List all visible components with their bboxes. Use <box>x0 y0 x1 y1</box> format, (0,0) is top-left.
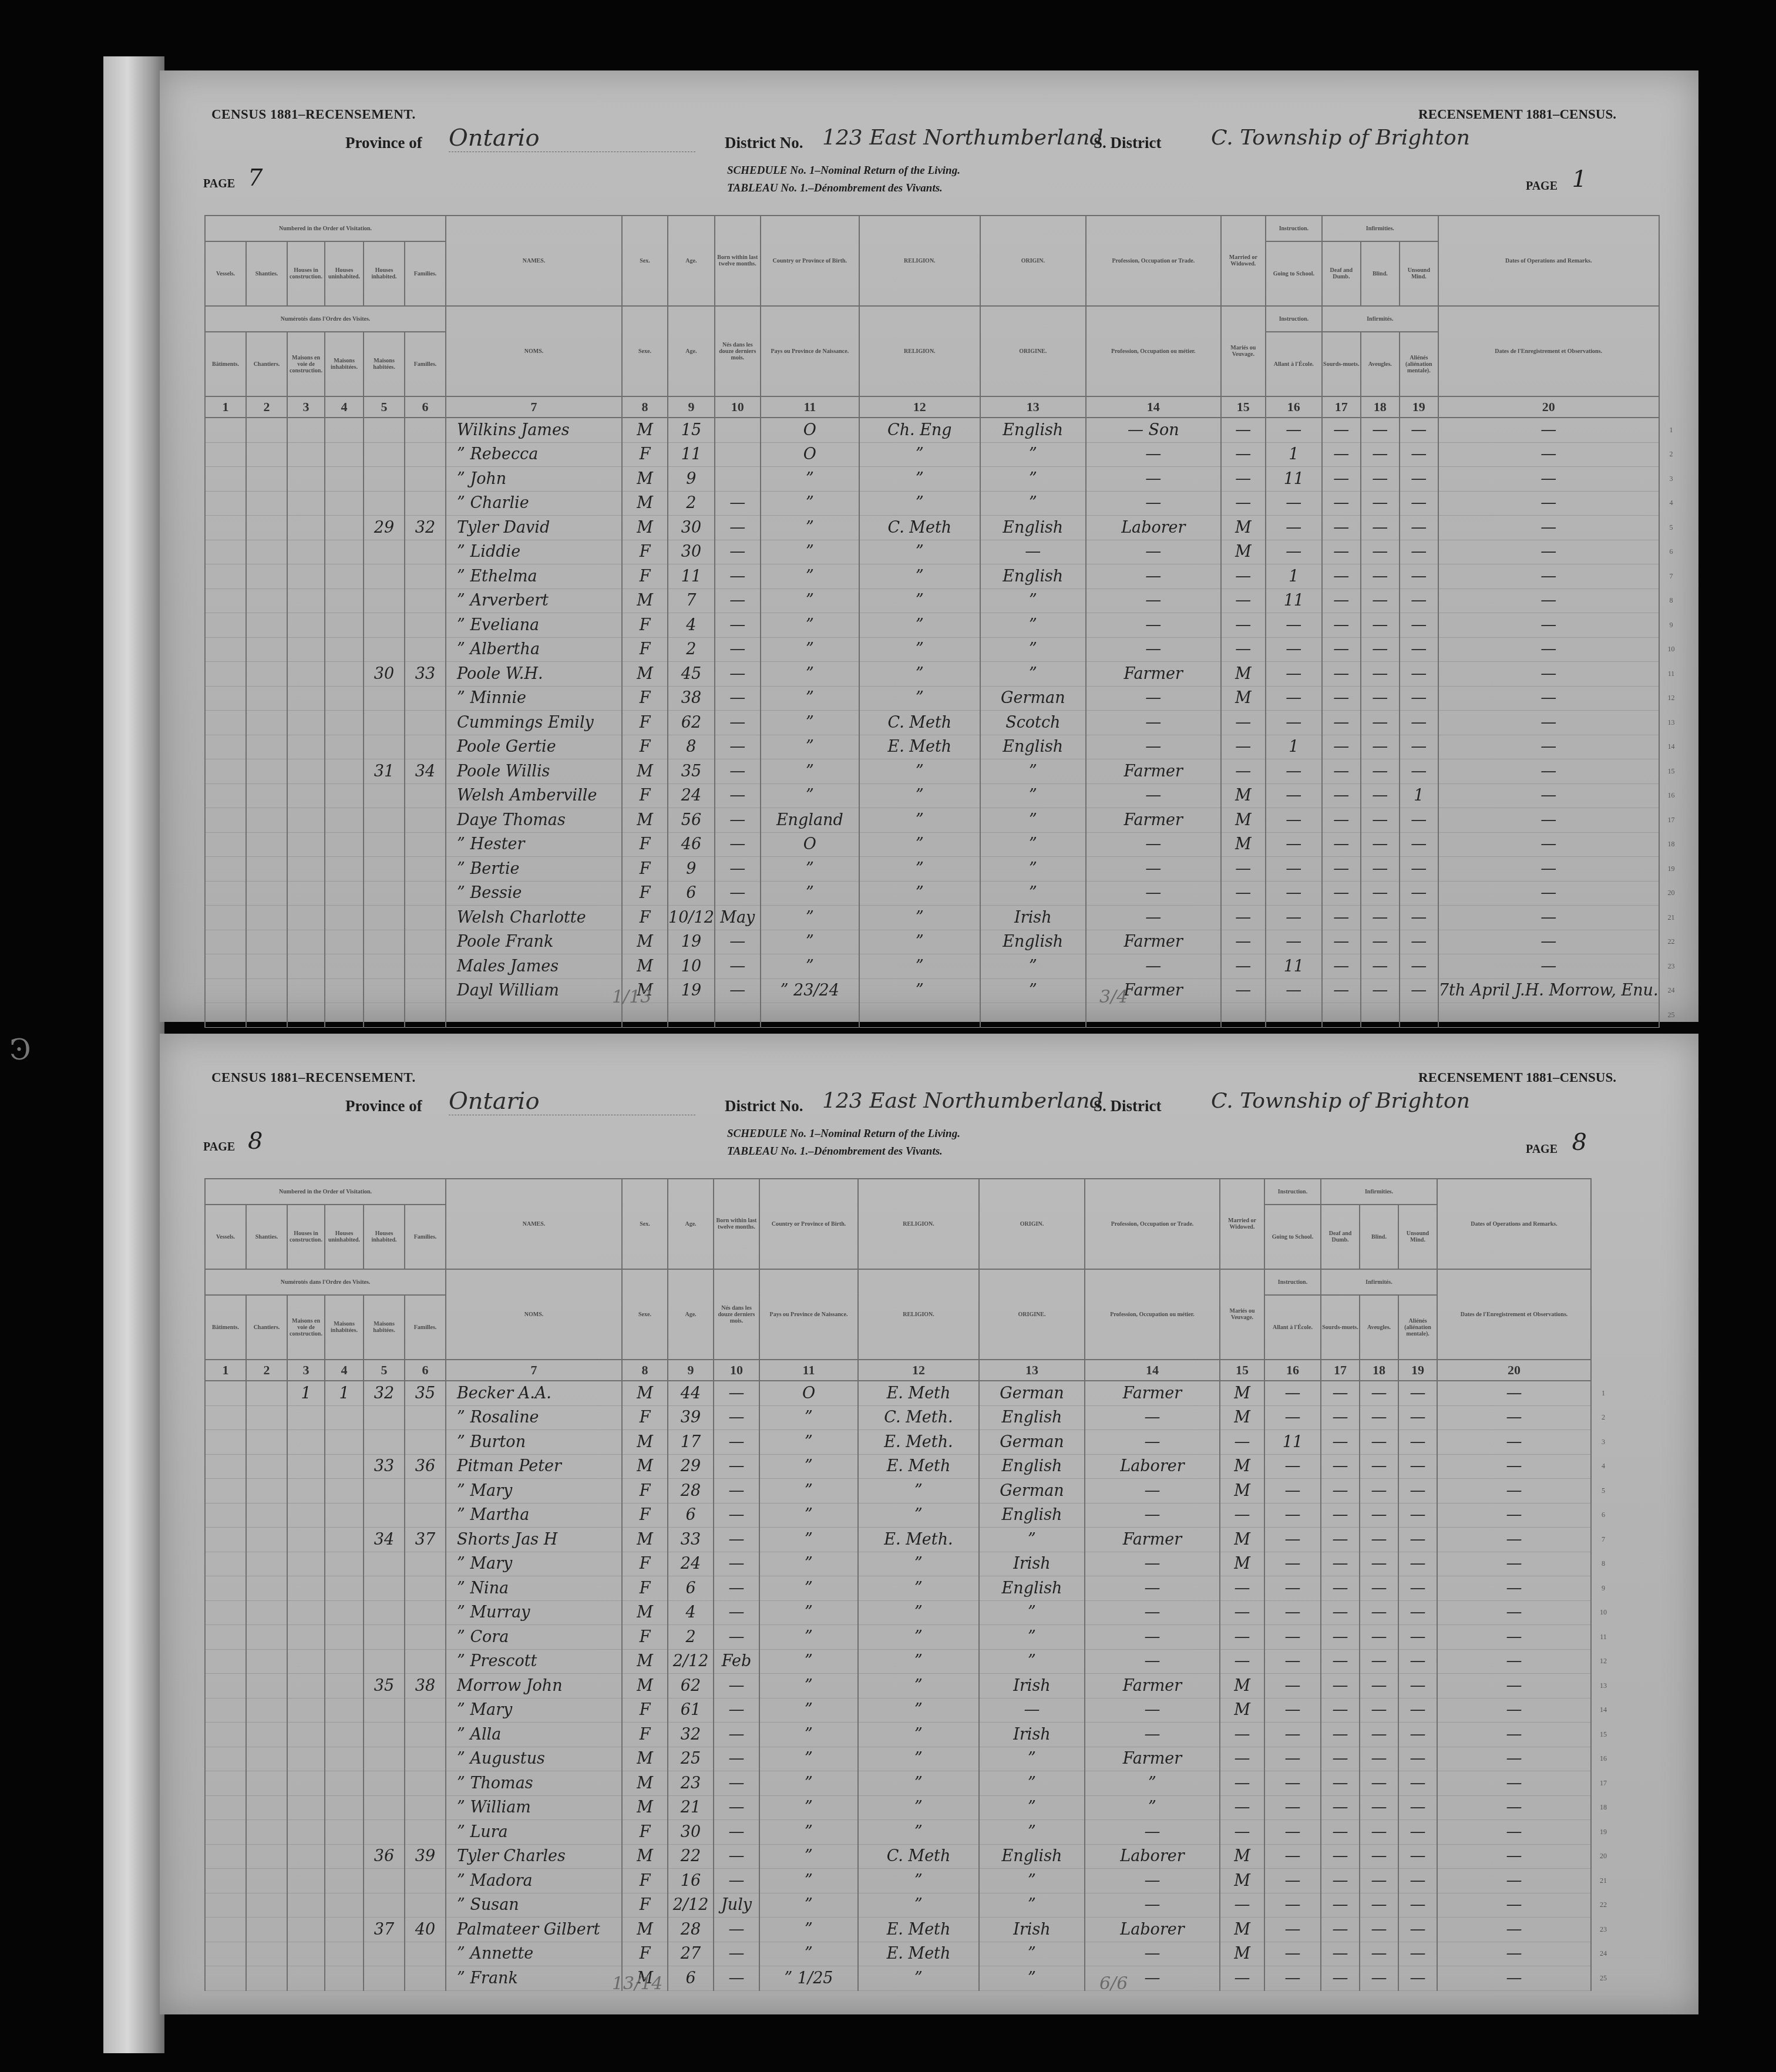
cell-families <box>405 1795 446 1820</box>
cell-school: 1 <box>1266 442 1322 467</box>
line-number: 17 <box>1659 808 1683 833</box>
province-value: Ontario <box>449 125 695 152</box>
cell-religion: ” <box>859 881 980 906</box>
cell-school: — <box>1264 1600 1321 1625</box>
cell-origin: ” <box>980 662 1086 687</box>
cell-unsound: — <box>1398 1942 1437 1966</box>
line-number: 1 <box>1659 418 1683 442</box>
cell-vessels <box>205 1552 246 1576</box>
header-occupation: Profession, Occupation or Trade. <box>1086 216 1221 306</box>
cell-occupation: — <box>1085 1893 1220 1918</box>
cell-born-month: — <box>714 1552 759 1576</box>
cell-families <box>405 881 446 906</box>
column-number: 11 <box>761 396 859 418</box>
cell-houses-inhabited: 37 <box>364 1918 405 1942</box>
cell-unsound: — <box>1400 808 1438 833</box>
cell-born-month: Feb <box>714 1649 759 1674</box>
cell-born-month: — <box>715 954 761 979</box>
line-number: 7 <box>1659 564 1683 589</box>
cell-houses-construction <box>287 1723 325 1747</box>
cell-houses-inhabited <box>364 930 405 954</box>
cell-families <box>405 491 446 516</box>
cell-houses-inhabited <box>364 686 405 711</box>
tally-note: 3/4 <box>1099 987 1128 1007</box>
cell-born-month: — <box>714 1723 759 1747</box>
cell-born-month: — <box>714 1698 759 1723</box>
cell-houses-uninhabited <box>325 808 364 833</box>
column-number: 19 <box>1400 396 1438 418</box>
cell-school: 1 <box>1266 735 1322 759</box>
cell-houses-uninhabited <box>325 930 364 954</box>
cell-sex: F <box>622 1405 668 1430</box>
cell-families: 34 <box>405 759 446 784</box>
cell-remarks: 7th April J.H. Morrow, Enu. <box>1438 978 1659 1003</box>
cell-age: 28 <box>668 1918 714 1942</box>
cell-families <box>405 442 446 467</box>
cell-religion: ” <box>859 686 980 711</box>
line-number: 25 <box>1659 1003 1683 1028</box>
cell-origin: English <box>980 735 1086 759</box>
cell-married: M <box>1220 1454 1264 1479</box>
cell-unsound: — <box>1398 1405 1437 1430</box>
header-infirmites: Infirmités. <box>1321 1269 1437 1295</box>
cell-birthplace: ” <box>761 564 859 589</box>
cell-shanties <box>246 906 287 930</box>
header-familles: Familles. <box>405 332 446 396</box>
cell-religion: ” <box>859 832 980 857</box>
cell-houses-construction <box>287 1552 325 1576</box>
header-profession: Profession, Occupation ou métier. <box>1086 306 1221 396</box>
cell-religion: ” <box>858 1893 979 1918</box>
column-number: 12 <box>859 396 980 418</box>
cell-houses-construction <box>287 491 325 516</box>
cell-origin: Scotch <box>980 711 1086 735</box>
line-number: 1 <box>1591 1381 1615 1405</box>
table-row: ” LuraF30—”””———————19 <box>205 1820 1615 1845</box>
cell-occupation: Farmer <box>1086 930 1221 954</box>
cell-houses-inhabited <box>364 1600 405 1625</box>
cell-blind: — <box>1361 735 1400 759</box>
cell-vessels <box>205 588 246 613</box>
cell-married: M <box>1220 1869 1264 1893</box>
cell-blind: — <box>1360 1820 1398 1845</box>
cell-born-month: — <box>715 540 761 564</box>
cell-school: 11 <box>1266 588 1322 613</box>
cell-sex: F <box>622 1479 668 1503</box>
cell-name: ” Susan <box>446 1893 622 1918</box>
cell-deaf: — <box>1321 1795 1360 1820</box>
cell-shanties <box>246 1893 287 1918</box>
cell-houses-construction <box>287 881 325 906</box>
cell-houses-inhabited <box>364 1747 405 1771</box>
cell-vessels <box>205 1454 246 1479</box>
cell-name: ” Eveliana <box>446 613 622 638</box>
cell-vessels <box>205 759 246 784</box>
cell-shanties <box>246 1649 287 1674</box>
cell-vessels <box>205 662 246 687</box>
cell-shanties <box>246 857 287 882</box>
cell-sex: M <box>622 930 668 954</box>
header-houses-uninhabited: Houses uninhabited. <box>325 241 364 306</box>
cell-houses-inhabited <box>364 588 405 613</box>
cell-unsound: — <box>1400 588 1438 613</box>
cell-deaf: — <box>1322 442 1361 467</box>
cell-origin: Irish <box>979 1723 1085 1747</box>
cell-age <box>668 1003 715 1028</box>
cell-age: 61 <box>668 1698 714 1723</box>
header-born-12mo: Born within last twelve months. <box>715 216 761 306</box>
cell-deaf: — <box>1322 832 1361 857</box>
cell-houses-construction <box>287 1747 325 1771</box>
line-number: 12 <box>1659 686 1683 711</box>
cell-remarks: — <box>1438 930 1659 954</box>
cell-origin: German <box>980 686 1086 711</box>
cell-age: 30 <box>668 516 715 540</box>
cell-deaf: — <box>1321 1503 1360 1528</box>
subdistrict-value: C. Township of Brighton <box>1211 1089 1470 1113</box>
header-houses-construction: Houses in construction. <box>287 1205 325 1269</box>
table-row: ” SusanF2/12July”””———————22 <box>205 1893 1615 1918</box>
line-number: 22 <box>1659 930 1683 954</box>
cell-birthplace: ” <box>759 1503 858 1528</box>
header-houses-uninhabited: Houses uninhabited. <box>325 1205 364 1269</box>
column-number: 18 <box>1360 1360 1398 1381</box>
cell-vessels <box>205 711 246 735</box>
cell-school: — <box>1266 881 1322 906</box>
cell-blind: — <box>1361 637 1400 662</box>
cell-sex: F <box>622 735 668 759</box>
cell-blind: — <box>1361 442 1400 467</box>
cell-religion: ” <box>859 564 980 589</box>
table-row: ” AlberthaF2—”””———————10 <box>205 637 1683 662</box>
table-row: ” MaryF28—””German—M—————5 <box>205 1479 1615 1503</box>
cell-houses-inhabited: 30 <box>364 662 405 687</box>
cell-school: — <box>1264 1869 1321 1893</box>
cell-school: — <box>1266 418 1322 442</box>
cell-blind: — <box>1361 832 1400 857</box>
table-row: Poole FrankM19—””EnglishFarmer——————22 <box>205 930 1683 954</box>
header-batiments: Bâtiments. <box>205 332 246 396</box>
cell-birthplace: O <box>761 418 859 442</box>
cell-married: — <box>1220 1747 1264 1771</box>
header-deaf: Deaf and Dumb. <box>1322 241 1361 306</box>
cell-occupation: — <box>1086 540 1221 564</box>
header-shanties: Shanties. <box>246 1205 287 1269</box>
cell-name: Daye Thomas <box>446 808 622 833</box>
cell-name: ” Bessie <box>446 881 622 906</box>
cell-name: ” Rebecca <box>446 442 622 467</box>
cell-origin: ” <box>979 1795 1085 1820</box>
cell-shanties <box>246 1430 287 1455</box>
cell-sex: F <box>622 1625 668 1650</box>
header-sourds: Sourds-muets. <box>1321 1295 1360 1360</box>
cell-houses-inhabited <box>364 1820 405 1845</box>
cell-unsound: — <box>1398 1918 1437 1942</box>
header-maries: Mariés ou Veuvage. <box>1221 306 1266 396</box>
cell-blind: — <box>1360 1918 1398 1942</box>
cell-houses-construction <box>287 783 325 808</box>
cell-age: 30 <box>668 540 715 564</box>
cell-name: ” Liddie <box>446 540 622 564</box>
cell-houses-uninhabited <box>325 1503 364 1528</box>
cell-birthplace: ” <box>761 783 859 808</box>
cell-origin: ” <box>980 613 1086 638</box>
cell-occupation: — <box>1085 1503 1220 1528</box>
cell-shanties <box>246 1405 287 1430</box>
cell-houses-inhabited: 35 <box>364 1674 405 1698</box>
cell-deaf: — <box>1322 759 1361 784</box>
cell-birthplace: England <box>761 808 859 833</box>
cell-occupation: — <box>1086 613 1221 638</box>
cell-remarks: — <box>1437 1430 1591 1455</box>
cell-birthplace: ” <box>761 686 859 711</box>
cell-houses-construction <box>287 686 325 711</box>
header-maries: Mariés ou Veuvage. <box>1220 1269 1264 1360</box>
cell-origin: ” <box>980 832 1086 857</box>
cell-married: M <box>1221 686 1266 711</box>
margin-mark: Ͽ <box>9 1034 31 1067</box>
table-row: ” MaryF61—””——M—————14 <box>205 1698 1615 1723</box>
cell-houses-construction <box>287 1942 325 1966</box>
cell-remarks: — <box>1437 1479 1591 1503</box>
cell-origin: Irish <box>980 906 1086 930</box>
cell-families <box>405 783 446 808</box>
cell-occupation: Farmer <box>1086 662 1221 687</box>
cell-occupation: ” <box>1085 1795 1220 1820</box>
cell-sex: M <box>622 1795 668 1820</box>
cell-married: — <box>1220 1600 1264 1625</box>
cell-houses-uninhabited <box>325 832 364 857</box>
cell-remarks: — <box>1438 808 1659 833</box>
cell-vessels <box>205 1600 246 1625</box>
cell-families <box>405 954 446 979</box>
schedule-title: SCHEDULE No. 1–Nominal Return of the Liv… <box>727 1128 960 1141</box>
cell-born-month: — <box>714 1405 759 1430</box>
cell-religion: ” <box>858 1698 979 1723</box>
census-title-left: CENSUS 1881–RECENSEMENT. <box>211 107 416 122</box>
cell-blind: — <box>1360 1942 1398 1966</box>
cell-unsound: — <box>1400 906 1438 930</box>
cell-religion: E. Meth <box>859 735 980 759</box>
page-number-right: 1 <box>1572 166 1587 193</box>
cell-origin: ” <box>980 442 1086 467</box>
line-number: 19 <box>1659 857 1683 882</box>
header-aveugles: Aveugles. <box>1361 332 1400 396</box>
cell-blind: — <box>1360 1747 1398 1771</box>
cell-sex: M <box>622 662 668 687</box>
cell-deaf: — <box>1321 1893 1360 1918</box>
cell-vessels <box>205 637 246 662</box>
line-number: 3 <box>1659 467 1683 492</box>
header-born-12mo: Born within last twelve months. <box>714 1179 759 1269</box>
cell-remarks: — <box>1437 1918 1591 1942</box>
cell-houses-uninhabited <box>325 1820 364 1845</box>
header-unsound: Unsound Mind. <box>1398 1205 1437 1269</box>
cell-school: — <box>1266 759 1322 784</box>
table-row: ” FrankM6—” 1/25””———————25 <box>205 1966 1615 1991</box>
cell-married: M <box>1220 1674 1264 1698</box>
cell-sex: F <box>622 1576 668 1601</box>
cell-houses-inhabited <box>364 1003 405 1028</box>
district-value: 123 East Northumberland <box>822 126 1103 150</box>
cell-houses-inhabited <box>364 1893 405 1918</box>
cell-birthplace: ” <box>759 1942 858 1966</box>
cell-families <box>405 1893 446 1918</box>
cell-school: 1 <box>1266 564 1322 589</box>
cell-shanties <box>246 1942 287 1966</box>
sheet-header: CENSUS 1881–RECENSEMENT. RECENSEMENT 188… <box>160 70 1698 211</box>
cell-shanties <box>246 1576 287 1601</box>
cell-name: ” Mary <box>446 1698 622 1723</box>
cell-married: M <box>1220 1844 1264 1869</box>
line-number: 2 <box>1659 442 1683 467</box>
column-number: 10 <box>715 396 761 418</box>
cell-religion: ” <box>858 1820 979 1845</box>
cell-married: — <box>1221 637 1266 662</box>
cell-blind: — <box>1360 1844 1398 1869</box>
cell-families <box>405 1942 446 1966</box>
cell-unsound: — <box>1400 516 1438 540</box>
cell-houses-uninhabited <box>325 954 364 979</box>
column-number: 4 <box>325 396 364 418</box>
cell-blind: — <box>1360 1869 1398 1893</box>
district-label: District No. <box>725 134 803 152</box>
cell-age: 6 <box>668 1966 714 1991</box>
cell-born-month: — <box>714 1844 759 1869</box>
cell-school <box>1266 1003 1322 1028</box>
cell-married: — <box>1220 1795 1264 1820</box>
cell-name: ” Nina <box>446 1576 622 1601</box>
cell-origin: — <box>980 540 1086 564</box>
cell-deaf: — <box>1322 418 1361 442</box>
cell-deaf: — <box>1321 1674 1360 1698</box>
table-row: ” MurrayM4—”””———————10 <box>205 1600 1615 1625</box>
cell-unsound: — <box>1400 930 1438 954</box>
cell-religion: ” <box>859 906 980 930</box>
cell-houses-construction <box>287 1454 325 1479</box>
cell-vessels <box>205 1942 246 1966</box>
cell-families <box>405 1649 446 1674</box>
cell-houses-construction <box>287 735 325 759</box>
header-infirmities: Infirmities. <box>1321 1179 1437 1205</box>
cell-houses-construction <box>287 808 325 833</box>
cell-origin <box>980 1003 1086 1028</box>
cell-sex: F <box>622 540 668 564</box>
cell-families <box>405 588 446 613</box>
cell-blind: — <box>1360 1479 1398 1503</box>
cell-shanties <box>246 735 287 759</box>
cell-shanties <box>246 491 287 516</box>
table-row: 3740Palmateer GilbertM28—”E. MethIrishLa… <box>205 1918 1615 1942</box>
cell-birthplace: ” <box>761 662 859 687</box>
column-number: 5 <box>364 1360 405 1381</box>
column-number: 10 <box>714 1360 759 1381</box>
cell-remarks: — <box>1438 564 1659 589</box>
line-number: 21 <box>1591 1869 1615 1893</box>
header-birthplace: Country or Province of Birth. <box>761 216 859 306</box>
cell-shanties <box>246 1479 287 1503</box>
table-row: ” MarthaF6—””English———————6 <box>205 1503 1615 1528</box>
table-row: ” MaryF24—””Irish—M—————8 <box>205 1552 1615 1576</box>
cell-name: Tyler David <box>446 516 622 540</box>
census-title-right: RECENSEMENT 1881–CENSUS. <box>1418 107 1616 122</box>
table-row: Cummings EmilyF62—”C. MethScotch———————1… <box>205 711 1683 735</box>
cell-unsound: — <box>1398 1430 1437 1455</box>
cell-sex: M <box>622 491 668 516</box>
header-profession: Profession, Occupation ou métier. <box>1085 1269 1220 1360</box>
cell-blind: — <box>1361 588 1400 613</box>
table-row: ” HesterF46—O””—M—————18 <box>205 832 1683 857</box>
line-number: 7 <box>1591 1528 1615 1552</box>
cell-occupation: — <box>1085 1649 1220 1674</box>
cell-origin: ” <box>980 954 1086 979</box>
cell-name: ” Frank <box>446 1966 622 1991</box>
cell-occupation: — <box>1085 1479 1220 1503</box>
cell-married: — <box>1220 1576 1264 1601</box>
cell-married: M <box>1220 1405 1264 1430</box>
cell-remarks: — <box>1438 881 1659 906</box>
cell-birthplace: ” <box>761 881 859 906</box>
cell-houses-construction <box>287 613 325 638</box>
cell-families <box>405 735 446 759</box>
column-number: 20 <box>1437 1360 1591 1381</box>
cell-occupation: — <box>1086 954 1221 979</box>
cell-deaf: — <box>1322 467 1361 492</box>
header-maisons-inhabitees: Maisons inhabitées. <box>325 1295 364 1360</box>
cell-origin: English <box>979 1576 1085 1601</box>
cell-birthplace: ” <box>761 467 859 492</box>
cell-deaf: — <box>1321 1942 1360 1966</box>
cell-deaf: — <box>1322 662 1361 687</box>
cell-religion: ” <box>858 1552 979 1576</box>
cell-remarks: — <box>1437 1747 1591 1771</box>
line-number: 18 <box>1591 1795 1615 1820</box>
cell-age: 19 <box>668 978 715 1003</box>
cell-age: 39 <box>668 1405 714 1430</box>
header-houses-construction: Houses in construction. <box>287 241 325 306</box>
cell-remarks: — <box>1437 1893 1591 1918</box>
cell-deaf: — <box>1322 540 1361 564</box>
cell-married <box>1221 1003 1266 1028</box>
cell-religion: ” <box>858 1795 979 1820</box>
cell-families <box>405 832 446 857</box>
cell-birthplace: ” 23/24 <box>761 978 859 1003</box>
cell-families <box>405 1405 446 1430</box>
cell-houses-inhabited <box>364 564 405 589</box>
header-remarks: Dates of Operations and Remarks. <box>1437 1179 1591 1269</box>
cell-married: — <box>1221 418 1266 442</box>
cell-sex: F <box>622 1893 668 1918</box>
cell-married: — <box>1220 1893 1264 1918</box>
cell-married: — <box>1221 735 1266 759</box>
cell-birthplace: ” <box>759 1576 858 1601</box>
tableau-title: TABLEAU No. 1.–Dénombrement des Vivants. <box>727 1145 943 1158</box>
header-unsound: Unsound Mind. <box>1400 241 1438 306</box>
cell-houses-inhabited: 34 <box>364 1528 405 1552</box>
line-number: 18 <box>1659 832 1683 857</box>
cell-blind: — <box>1360 1576 1398 1601</box>
cell-houses-construction <box>287 588 325 613</box>
cell-shanties <box>246 881 287 906</box>
cell-unsound: — <box>1398 1552 1437 1576</box>
province-label: Province of <box>345 134 422 152</box>
cell-occupation: — <box>1086 857 1221 882</box>
cell-vessels <box>205 1820 246 1845</box>
cell-religion: C. Meth <box>859 711 980 735</box>
cell-blind: — <box>1361 759 1400 784</box>
cell-houses-uninhabited <box>325 1600 364 1625</box>
cell-blind: — <box>1360 1723 1398 1747</box>
